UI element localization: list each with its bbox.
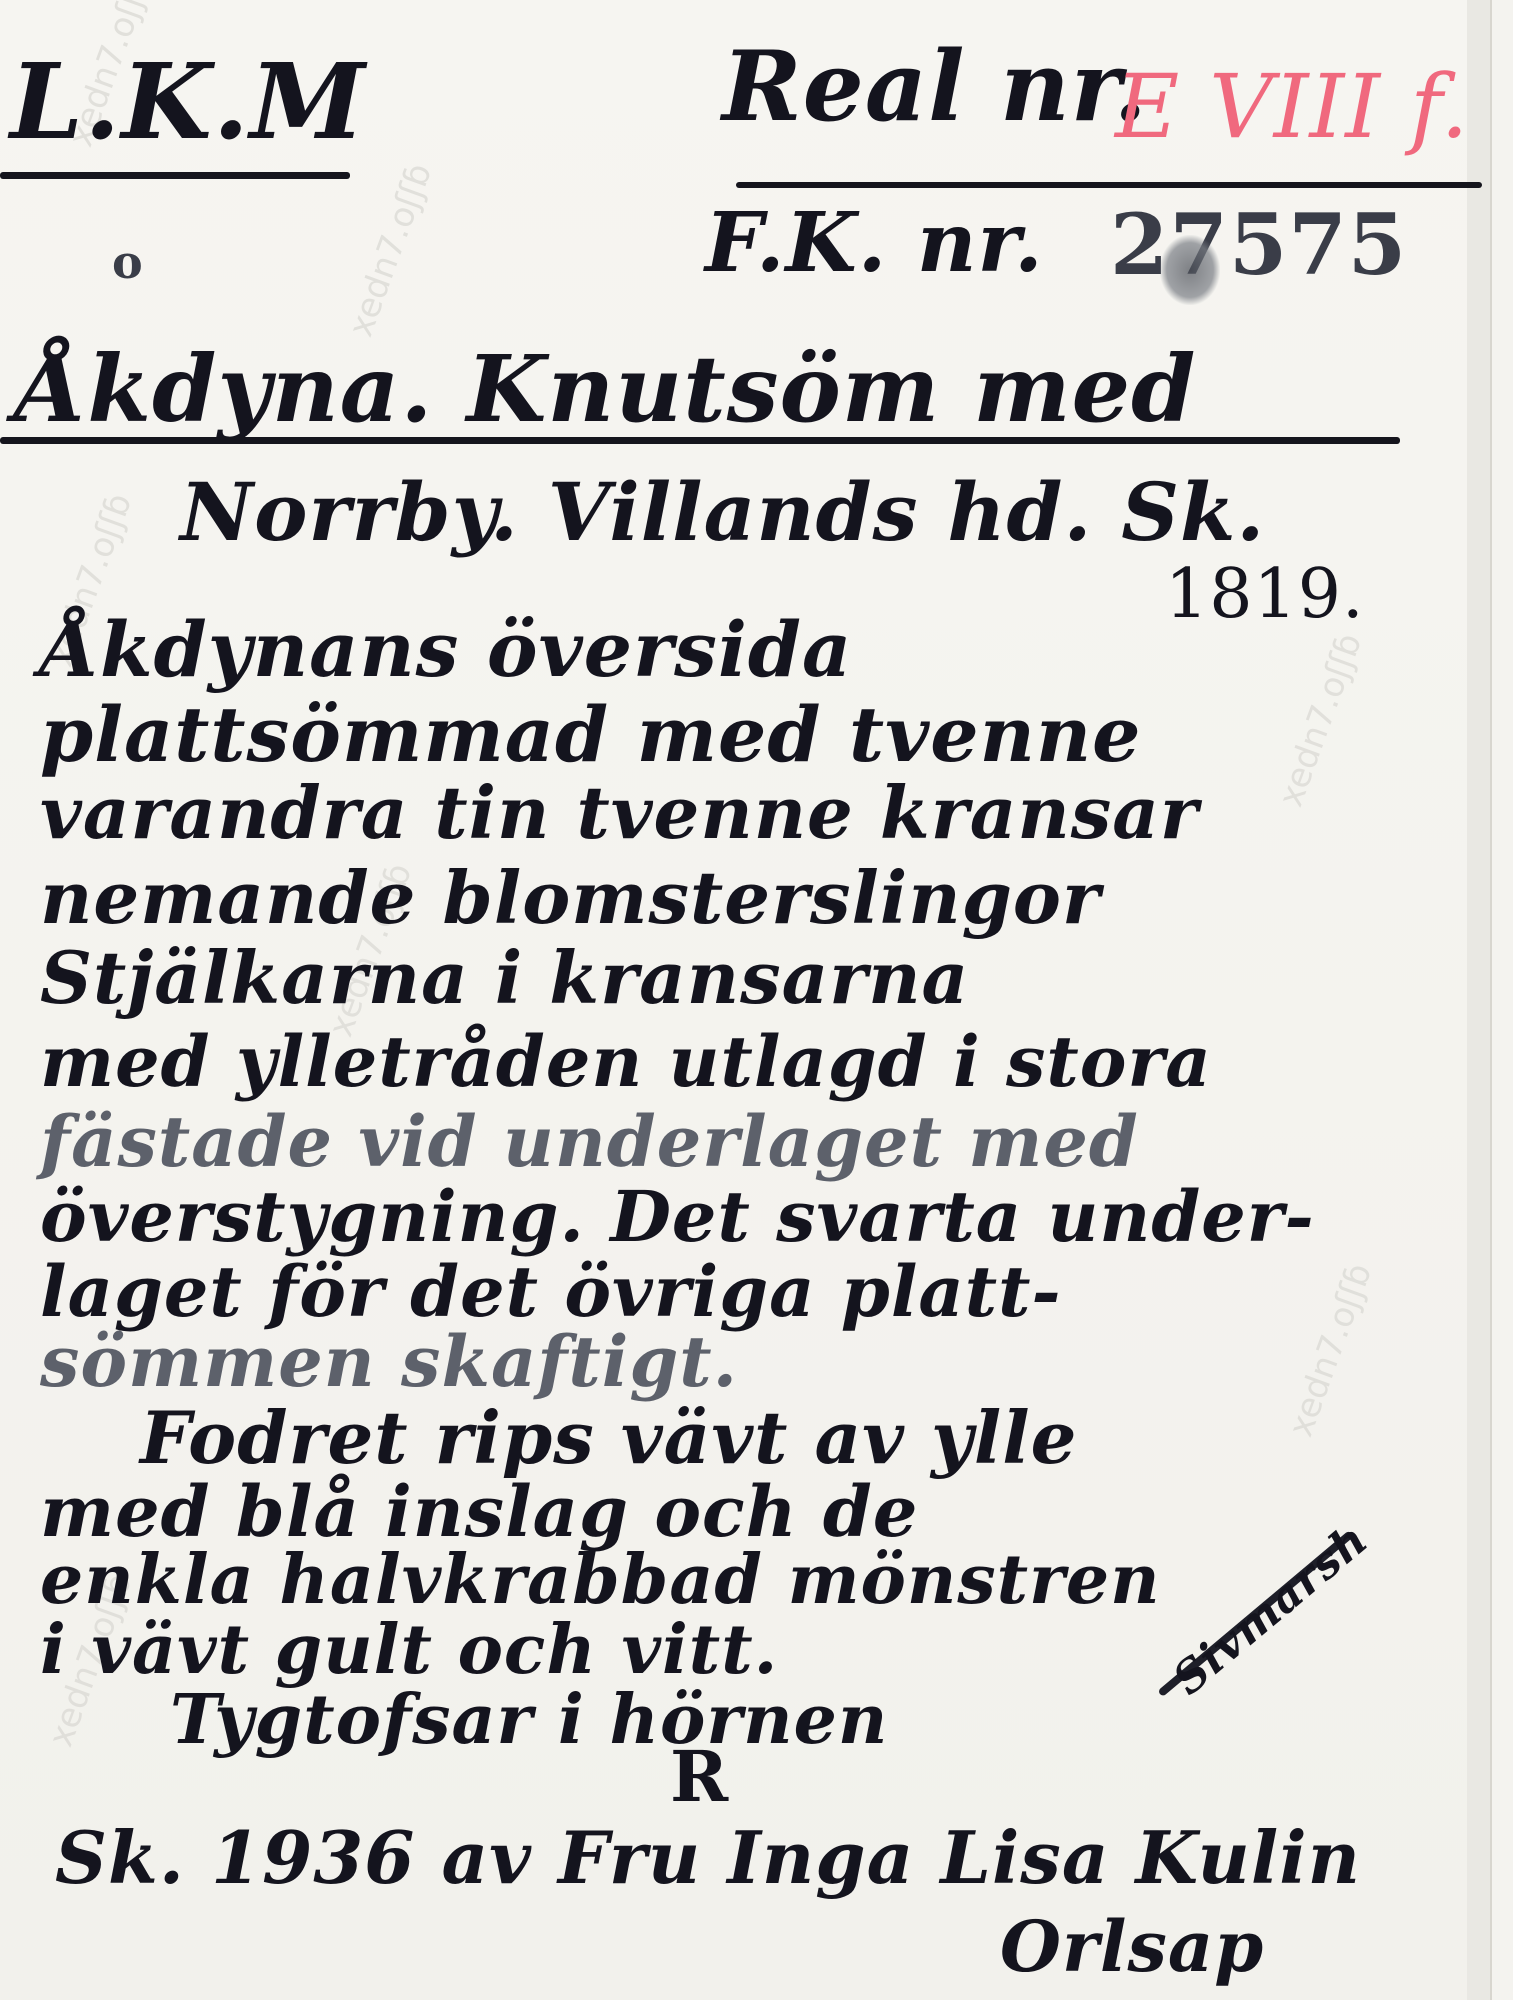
place-line: Orlsap: [1000, 1905, 1264, 1988]
body-line: överstygning. Det svarta under-: [40, 1175, 1315, 1258]
body-line: Fodret rips vävt av ylle: [140, 1395, 1077, 1480]
initial-mark: R: [670, 1735, 729, 1818]
catalog-card: xedn7.oʃʃɓ xedn7.oʃʃɓ xedn7.oʃʃɓ xedn7.o…: [0, 0, 1492, 2000]
body-line: med ylletråden utlagd i stora: [40, 1020, 1212, 1103]
watermark: xedn7.oʃʃɓ: [1271, 628, 1370, 812]
body-line: Åkdynans översida: [40, 605, 852, 694]
fk-nr-value: 27575: [1110, 195, 1407, 294]
body-line: enkla halvkrabbad mönstren: [40, 1540, 1161, 1620]
body-line: varandra tin tvenne kransar: [40, 770, 1199, 855]
body-line: sömmen skaftigt.: [40, 1320, 738, 1403]
fk-nr-label: F.K. nr.: [705, 195, 1044, 291]
title-underline: [0, 437, 1400, 444]
collection-code: L.K.M: [10, 40, 366, 163]
body-line: nemande blomsterslingor: [40, 855, 1101, 940]
circle-mark: o: [112, 235, 144, 289]
margin-signature: Sivmarsh: [1164, 1514, 1378, 1705]
ink-blot: [1160, 235, 1220, 305]
watermark: xedn7.oʃʃɓ: [1281, 1258, 1380, 1442]
real-nr-value: E VIII f.: [1115, 55, 1469, 158]
real-nr-label: Real nr.: [722, 30, 1148, 143]
body-line: Stjälkarna i kransarna: [40, 935, 969, 1020]
real-nr-underline: [736, 182, 1482, 188]
object-title: Åkdyna. Knutsöm med: [15, 335, 1196, 443]
card-edge: [1467, 0, 1490, 2000]
origin-line: Norrby. Villands hd. Sk.: [180, 465, 1265, 559]
acquisition-line: Sk. 1936 av Fru Inga Lisa Kulin: [55, 1815, 1361, 1900]
collection-underline: [0, 172, 350, 179]
body-line: Tygtofsar i hörnen: [170, 1680, 888, 1760]
watermark: xedn7.oʃʃɓ: [341, 158, 440, 342]
body-line: i vävt gult och vitt.: [40, 1610, 778, 1690]
body-line: fästade vid underlaget med: [40, 1100, 1139, 1183]
year: 1819.: [1165, 555, 1365, 634]
body-line: plattsömmad med tvenne: [40, 690, 1141, 779]
